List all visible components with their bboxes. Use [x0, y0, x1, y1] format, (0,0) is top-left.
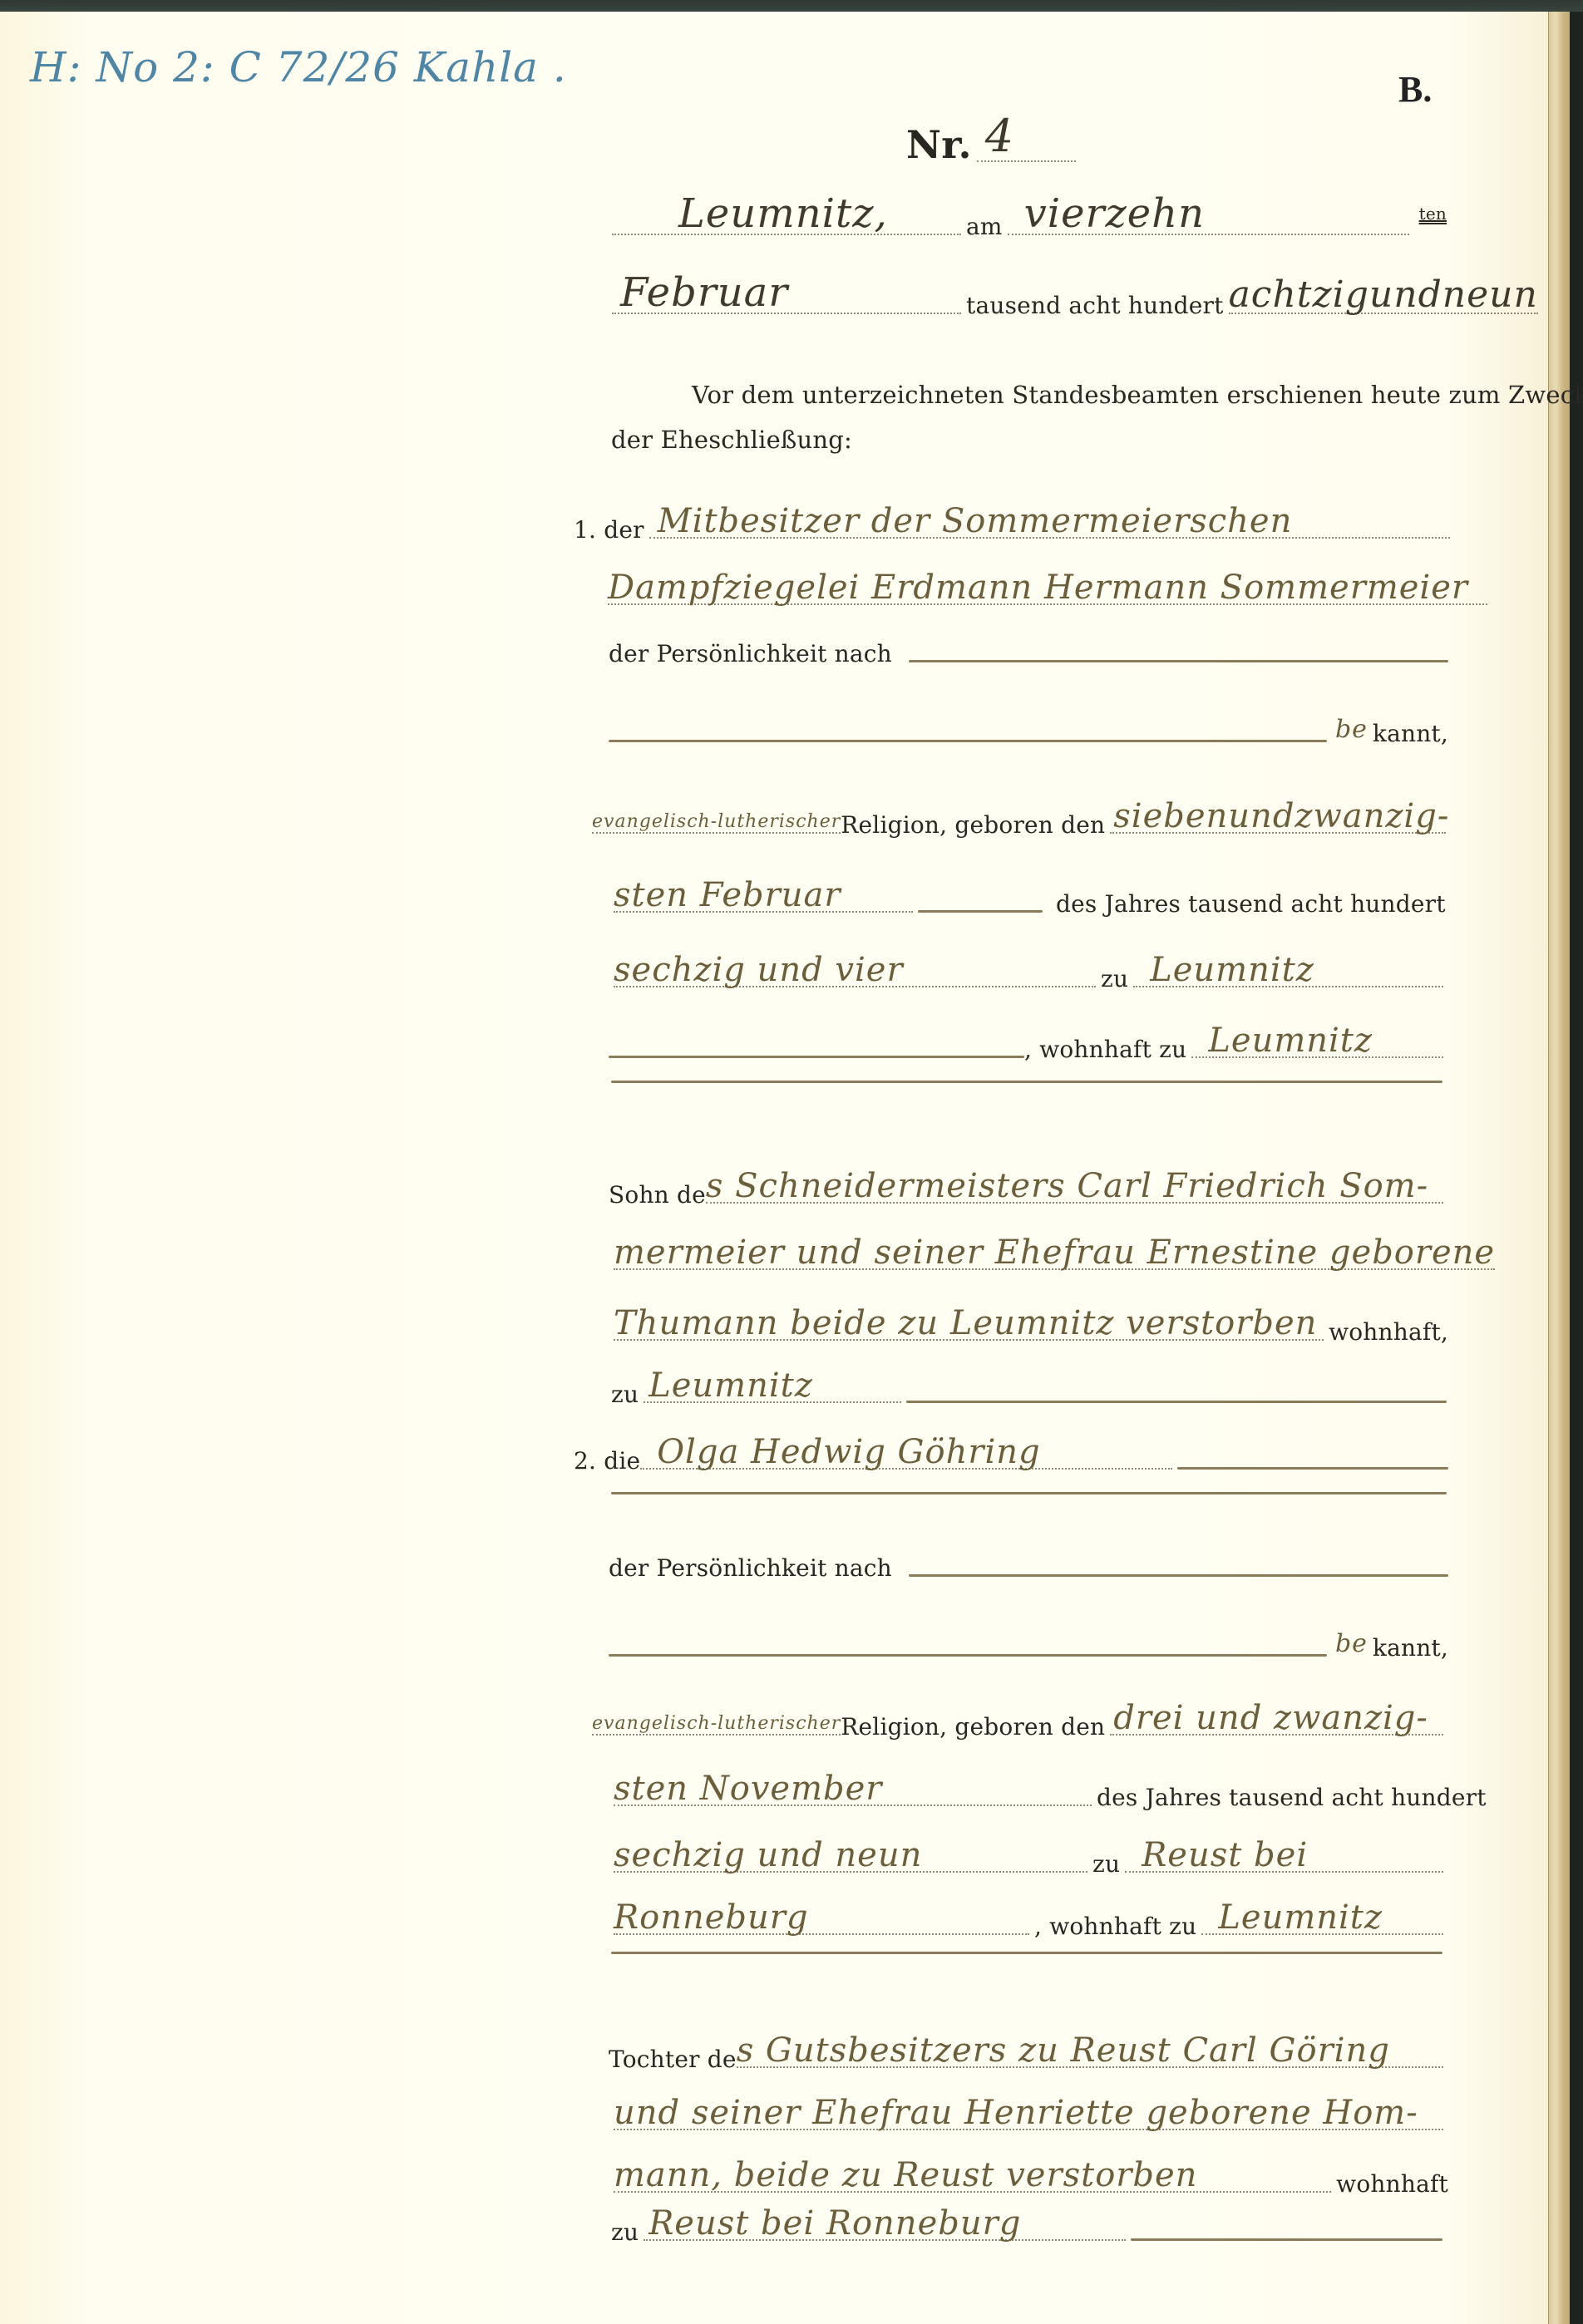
place-value: Leumnitz, [678, 190, 888, 237]
groom-identity-dash [909, 660, 1448, 662]
bride-blank-line-2 [611, 1952, 1442, 1959]
groom-birthplace: Leumnitz [1150, 951, 1314, 989]
groom-religion-label: Religion, geboren den [841, 811, 1105, 839]
bride-identity-line: der Persönlichkeit nach [609, 1554, 1448, 1582]
bride-parents-field-3: mann, beide zu Reust verstorben [614, 2153, 1331, 2193]
groom-blank-dash [611, 1081, 1442, 1083]
bride-known-label: kannt, [1373, 1634, 1448, 1662]
groom-number-label: 1. der [574, 516, 644, 544]
bride-known-prefix: be [1335, 1629, 1368, 1658]
groom-line-1: 1. der Mitbesitzer der Sommermeierschen [574, 499, 1455, 544]
groom-parents-3: Thumann beide zu Leumnitz verstorben [614, 1304, 1317, 1342]
bride-birthday-line-2: sten November des Jahres tausend acht hu… [609, 1766, 1448, 1811]
bride-religion-label: Religion, geboren den [841, 1713, 1105, 1741]
bride-birthplace-field-2: Ronneburg [614, 1895, 1029, 1935]
groom-residence-dash [609, 1056, 1024, 1058]
bride-identity-label: der Persönlichkeit nach [609, 1554, 892, 1582]
bride-year-label: des Jahres tausend acht hundert [1097, 1784, 1487, 1811]
bride-religion-value: evangelisch-lutherischer [592, 1713, 841, 1736]
bride-religion-line: evangelisch-lutherischer Religion, gebor… [592, 1696, 1448, 1741]
groom-parents-field-1: s Schneidermeisters Carl Friedrich Som- [706, 1164, 1443, 1204]
bride-name-dash [1177, 1467, 1448, 1470]
groom-residence: Leumnitz [1208, 1022, 1373, 1060]
bride-birth-year-field: sechzig und neun [614, 1833, 1087, 1873]
bride-known-line: be kannt, [609, 1629, 1448, 1662]
groom-known-line: be kannt, [609, 715, 1448, 747]
bride-parents-label: Tochter de [609, 2046, 737, 2073]
groom-birthday-1: siebenundzwanzig- [1113, 797, 1449, 835]
place-field: Leumnitz, [612, 187, 961, 235]
groom-birthday-field-1: siebenundzwanzig- [1110, 794, 1446, 834]
groom-occupation-field-1: Mitbesitzer der Sommermeierschen [649, 499, 1450, 539]
bride-residence-label: , wohnhaft zu [1034, 1913, 1196, 1940]
form-letter: B. [1398, 68, 1432, 111]
groom-parents-field-2: mermeier und seiner Ehefrau Ernestine ge… [614, 1230, 1495, 1270]
groom-birthday-field-2: sten Februar [614, 873, 913, 913]
groom-birthday-dash [918, 910, 1043, 913]
intro-line-2: der Eheschließung: [611, 426, 852, 454]
bride-parents-residence-label: wohnhaft [1336, 2170, 1448, 2198]
bride-identity-dash [909, 1574, 1448, 1577]
groom-occupation-2: Dampfziegelei Erdmann Hermann Sommermeie… [608, 569, 1468, 607]
bride-parents-line-2: und seiner Ehefrau Henriette geborene Ho… [609, 2090, 1448, 2135]
bride-birthday-2: sten November [614, 1770, 882, 1808]
bride-parents-line-3: mann, beide zu Reust verstorben wohnhaft [609, 2153, 1448, 2198]
book-binding [1570, 12, 1583, 2324]
bride-birth-year: sechzig und neun [614, 1836, 922, 1874]
bride-parents-line-1: Tochter de s Gutsbesitzers zu Reust Carl… [609, 2028, 1448, 2073]
groom-parents-1: s Schneidermeisters Carl Friedrich Som- [706, 1167, 1428, 1205]
bride-residence: Leumnitz [1218, 1898, 1383, 1937]
groom-parents-residence-field: Leumnitz [644, 1363, 901, 1403]
bride-name-line: 2. die Olga Hedwig Göhring [574, 1430, 1448, 1475]
groom-birthplace-line: sechzig und vier zu Leumnitz [609, 948, 1448, 992]
bride-parents-3: mann, beide zu Reust verstorben [614, 2156, 1197, 2194]
record-number-field: 4 [977, 108, 1076, 162]
groom-identity-label: der Persönlichkeit nach [609, 640, 892, 667]
bride-parents-residence-field: Reust bei Ronneburg [644, 2201, 1126, 2241]
groom-parents-line-2: mermeier und seiner Ehefrau Ernestine ge… [609, 1230, 1448, 1275]
groom-parents-field-3: Thumann beide zu Leumnitz verstorben [614, 1301, 1324, 1341]
groom-residence-label: , wohnhaft zu [1024, 1036, 1186, 1063]
bride-residence-line: Ronneburg , wohnhaft zu Leumnitz [609, 1895, 1448, 1940]
groom-line-2: Dampfziegelei Erdmann Hermann Sommermeie… [603, 565, 1492, 610]
record-number-label: Nr. [906, 122, 972, 167]
groom-parents-residence-dash [906, 1401, 1447, 1403]
page-edge-stack [1548, 12, 1572, 2324]
groom-birthday-2: sten Februar [614, 876, 841, 914]
record-number-value: 4 [985, 110, 1014, 162]
groom-parents-residence-line: zu Leumnitz [611, 1363, 1447, 1408]
groom-occupation-field-2: Dampfziegelei Erdmann Hermann Sommermeie… [608, 565, 1487, 605]
day-field: vierzehn [1008, 187, 1409, 235]
bride-parents-1: s Gutsbesitzers zu Reust Carl Göring [737, 2031, 1390, 2070]
groom-birth-year-field: sechzig und vier [614, 948, 1096, 987]
bride-residence-field: Leumnitz [1201, 1895, 1443, 1935]
groom-parents-line-3: Thumann beide zu Leumnitz verstorben woh… [609, 1301, 1448, 1346]
date-line-2: Februar tausend acht hundert achtzigundn… [607, 266, 1521, 319]
groom-residence-line: , wohnhaft zu Leumnitz [609, 1018, 1448, 1063]
year-field: achtzigundneun [1229, 270, 1538, 314]
bride-blank-dash-2 [611, 1952, 1442, 1954]
bride-parents-residence-line: zu Reust bei Ronneburg [611, 2201, 1442, 2246]
bride-number-label: 2. die [574, 1447, 640, 1475]
groom-parents-residence-label: wohnhaft, [1329, 1318, 1448, 1346]
groom-identity-line: der Persönlichkeit nach [609, 640, 1448, 667]
groom-known-dash [609, 740, 1327, 742]
groom-residence-field: Leumnitz [1191, 1018, 1443, 1058]
year-value: achtzigundneun [1229, 273, 1538, 316]
bride-birthplace-field-1: Reust bei [1125, 1833, 1443, 1873]
month-field: Februar [612, 266, 961, 314]
am-label: am [966, 213, 1003, 240]
groom-religion-line: evangelisch-lutherischer Religion, gebor… [592, 794, 1448, 839]
groom-religion-value: evangelisch-lutherischer [592, 811, 841, 834]
date-line-1: Leumnitz, am vierzehn ten [607, 187, 1447, 240]
bride-birthday-field-2: sten November [614, 1766, 1092, 1806]
groom-blank-line [611, 1081, 1442, 1088]
month-value: Februar [620, 269, 788, 316]
bride-name: Olga Hedwig Göhring [657, 1433, 1040, 1471]
bride-parents-residence-dash [1131, 2238, 1442, 2241]
bride-known-dash [609, 1654, 1327, 1657]
bride-zu-label: zu [1092, 1850, 1120, 1878]
bride-parents-field-2: und seiner Ehefrau Henriette geborene Ho… [614, 2090, 1443, 2130]
groom-parents-2: mermeier und seiner Ehefrau Ernestine ge… [614, 1233, 1495, 1272]
groom-parents-zu-label: zu [611, 1381, 639, 1408]
bride-birthday-1: drei und zwanzig- [1113, 1699, 1428, 1737]
groom-parents-residence: Leumnitz [648, 1366, 813, 1405]
groom-parents-label: Sohn de [609, 1181, 706, 1209]
bride-parents-residence: Reust bei Ronneburg [648, 2204, 1021, 2243]
groom-birthday-line-2: sten Februar des Jahres tausend acht hun… [609, 873, 1448, 918]
bride-birthday-field-1: drei und zwanzig- [1110, 1696, 1443, 1736]
groom-parents-line-1: Sohn de s Schneidermeisters Carl Friedri… [609, 1164, 1448, 1209]
day-suffix: ten [1419, 204, 1447, 224]
groom-birthplace-field: Leumnitz [1133, 948, 1443, 987]
day-value: vierzehn [1024, 190, 1205, 237]
bride-blank-line-1 [611, 1492, 1447, 1499]
bride-birthplace-line: sechzig und neun zu Reust bei [609, 1833, 1448, 1878]
bride-parents-zu-label: zu [611, 2218, 639, 2246]
bride-birthplace-2: Ronneburg [614, 1898, 809, 1937]
bride-name-field: Olga Hedwig Göhring [640, 1430, 1172, 1470]
bride-parents-2: und seiner Ehefrau Henriette geborene Ho… [614, 2094, 1418, 2132]
record-number-line: Nr. 4 [906, 108, 1081, 167]
archive-reference: H: No 2: C 72/26 Kahla . [30, 43, 567, 91]
groom-occupation-1: Mitbesitzer der Sommermeierschen [658, 502, 1293, 540]
groom-known-prefix: be [1335, 715, 1368, 744]
bride-parents-field-1: s Gutsbesitzers zu Reust Carl Göring [737, 2028, 1443, 2068]
bride-blank-dash-1 [611, 1492, 1447, 1494]
groom-year-label: des Jahres tausend acht hundert [1056, 890, 1446, 918]
groom-zu-label: zu [1101, 965, 1128, 992]
bride-birthplace-1: Reust bei [1142, 1836, 1308, 1874]
groom-known-label: kannt, [1373, 720, 1448, 747]
groom-birth-year: sechzig und vier [614, 951, 904, 989]
year-prefix: tausend acht hundert [966, 292, 1224, 319]
intro-line-1: Vor dem unterzeichneten Standesbeamten e… [692, 381, 1583, 409]
